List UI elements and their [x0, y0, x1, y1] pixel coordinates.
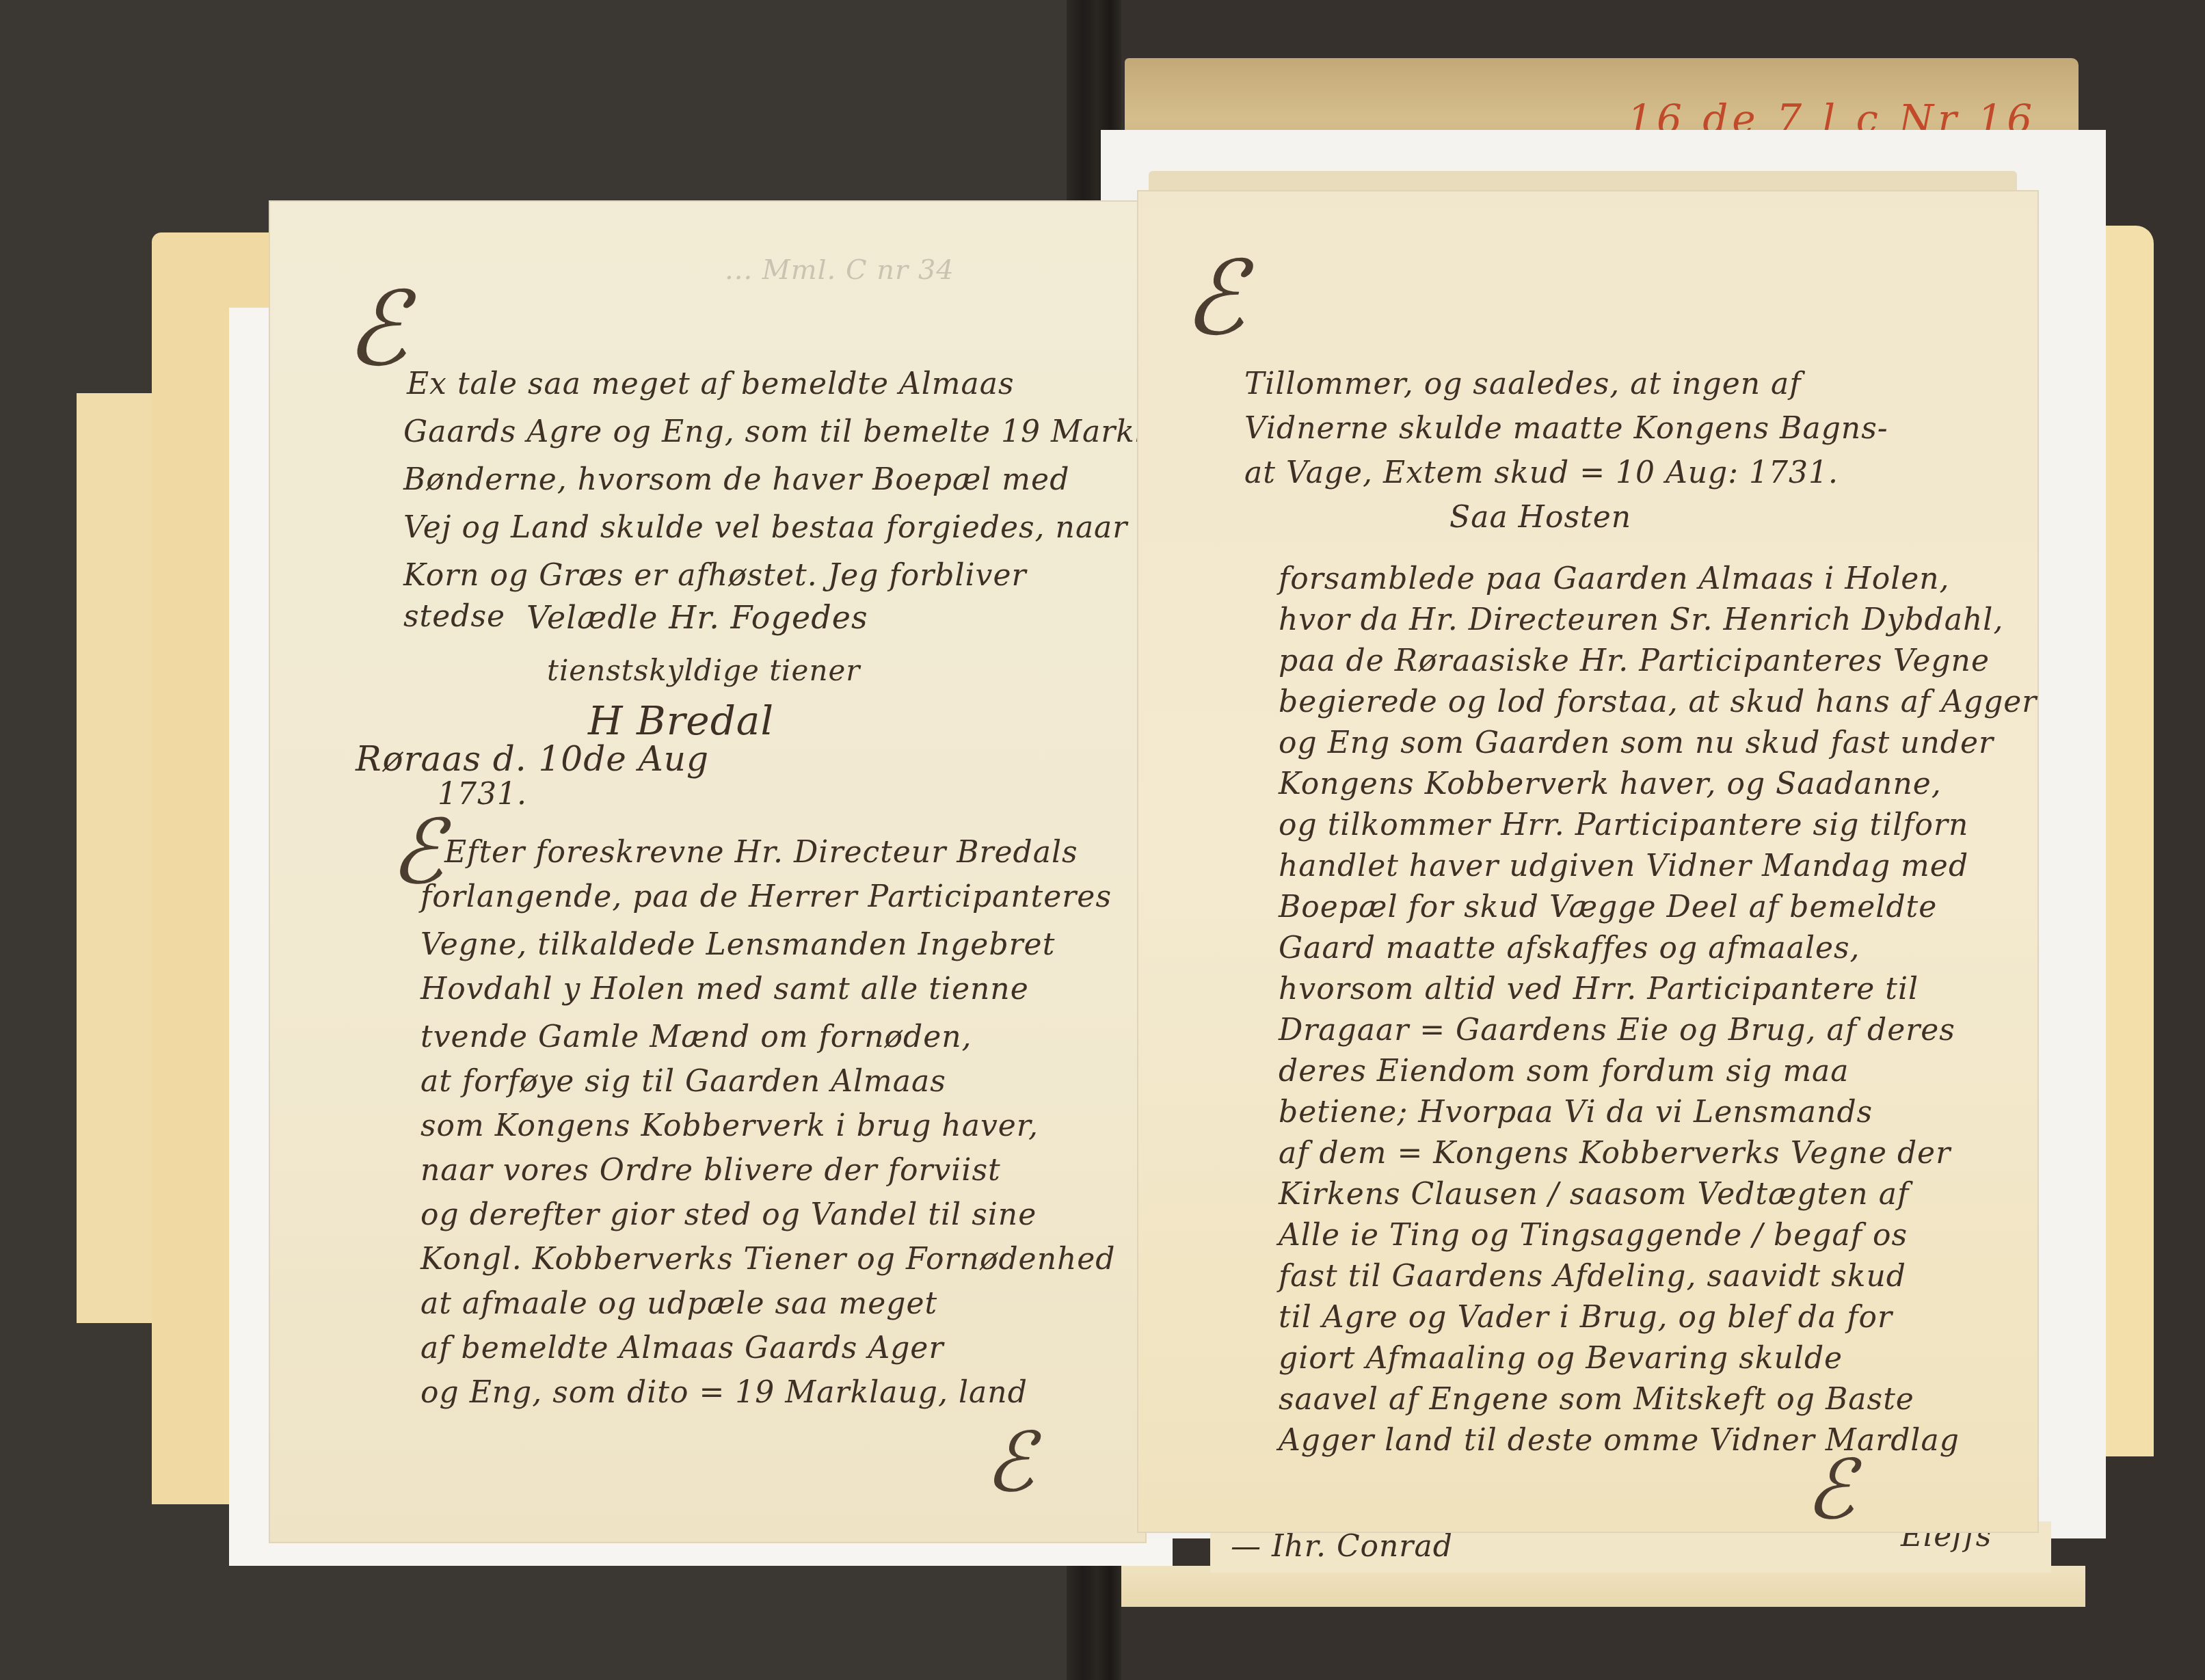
left-body-line-7: som Kongens Kobberverk i brug haver,: [420, 1111, 1039, 1141]
signature-bredal: H Bredal: [588, 701, 774, 741]
left-line-2: Gaards Agre og Eng, som til bemelte 19 M…: [403, 417, 1184, 447]
left-body-line-12: af bemeldte Almaas Gaards Ager: [420, 1333, 944, 1363]
right-body-line-14: betiene; Hvorpaa Vi da vi Lensmands: [1279, 1097, 1873, 1128]
right-opening-line-3: at Vage, Extem skud = 10 Aug: 1731.: [1244, 458, 1839, 488]
left-body-line-13: og Eng, som dito = 19 Marklaug, land: [420, 1378, 1028, 1408]
paraph-signature-icon-right: ℰ: [1805, 1443, 1855, 1538]
right-body-line-22: Agger land til deste omme Vidner Mardlag: [1279, 1426, 1960, 1456]
left-line-1: Ex tale saa meget af bemeldte Almaas: [407, 369, 1015, 399]
right-body-line-16: Kirkens Clausen / saasom Vedtægten af: [1279, 1179, 1909, 1210]
right-body-line-13: deres Eiendom som fordum sig maa: [1279, 1056, 1849, 1086]
right-body-line-15: af dem = Kongens Kobberverks Vegne der: [1279, 1138, 1951, 1169]
closing-line-2: tienstskyldige tiener: [547, 656, 860, 685]
place-date: Røraas d. 10de Aug: [356, 742, 709, 776]
left-body-line-2: forlangende, paa de Herrer Participanter…: [420, 882, 1112, 912]
left-line-6: stedse: [403, 602, 505, 632]
right-body-line-7: og tilkommer Hrr. Participantere sig til…: [1279, 810, 1968, 840]
bottom-strip-text: — Ihr. Conrad: [1231, 1532, 1453, 1562]
left-body-line-9: og derefter gior sted og Vandel til sine: [420, 1200, 1037, 1230]
left-body-line-6: at forføye sig til Gaarden Almaas: [420, 1067, 946, 1097]
left-body-line-4: Hovdahl y Holen med samt alle tienne: [420, 974, 1029, 1004]
left-line-4: Vej og Land skulde vel bestaa forgiedes,…: [403, 513, 1127, 543]
left-body-line-10: Kongl. Kobberverks Tiener og Fornødenhed: [420, 1244, 1116, 1275]
right-body-line-4: begierede og lod forstaa, at skud hans a…: [1279, 687, 2037, 717]
right-body-line-6: Kongens Kobberverk haver, og Saadanne,: [1279, 769, 1942, 799]
right-body-line-2: hvor da Hr. Directeuren Sr. Henrich Dybd…: [1279, 605, 2003, 635]
right-opening-line-2: Vidnerne skulde maatte Kongens Bagns-: [1244, 414, 1888, 444]
left-page-faint-header: ... Mml. C nr 34: [725, 256, 954, 284]
place-date-year: 1731.: [438, 779, 527, 810]
right-heading: Saa Hosten: [1449, 503, 1631, 533]
folder-tab-left-back: [77, 393, 152, 1323]
left-body-line-1: Efter foreskrevne Hr. Directeur Bredals: [444, 838, 1078, 868]
left-body-line-3: Vegne, tilkaldede Lensmanden Ingebret: [420, 930, 1055, 960]
right-body-line-21: saavel af Engene som Mitskeft og Baste: [1279, 1385, 1914, 1415]
paraph-signature-icon: ℰ: [985, 1415, 1034, 1510]
right-body-line-12: Dragaar = Gaardens Eie og Brug, af deres: [1279, 1015, 1955, 1045]
right-body-line-9: Boepæl for skud Vægge Deel af bemeldte: [1279, 892, 1937, 922]
right-body-line-20: giort Afmaaling og Bevaring skulde: [1279, 1344, 1843, 1374]
right-body-line-18: fast til Gaardens Afdeling, saavidt skud: [1279, 1262, 1906, 1292]
right-body-line-19: til Agre og Vader i Brug, og blef da for: [1279, 1303, 1893, 1333]
left-line-5: Korn og Græs er afhøstet. Jeg forbliver: [403, 561, 1027, 591]
right-body-line-11: hvorsom altid ved Hrr. Participantere ti…: [1279, 974, 1919, 1004]
right-body-line-5: og Eng som Gaarden som nu skud fast unde…: [1279, 728, 1994, 758]
left-body-line-11: at afmaale og udpæle saa meget: [420, 1289, 937, 1319]
right-body-line-3: paa de Røraasiske Hr. Participanteres Ve…: [1279, 646, 1990, 676]
paraph-flourish-icon-right: ℰ: [1183, 239, 1245, 358]
left-line-3: Bønderne, hvorsom de haver Boepæl med: [403, 465, 1069, 495]
paraph-flourish-icon: ℰ: [345, 270, 407, 389]
right-opening-line-1: Tillommer, og saaledes, at ingen af: [1244, 369, 1802, 399]
closing-line-1: Velædle Hr. Fogedes: [526, 602, 868, 633]
right-body-line-10: Gaard maatte afskaffes og afmaales,: [1279, 933, 1860, 963]
right-body-line-17: Alle ie Ting og Tingsaggende / begaf os: [1279, 1221, 1908, 1251]
left-body-line-5: tvende Gamle Mænd om fornøden,: [420, 1022, 972, 1052]
right-body-line-8: handlet haver udgiven Vidner Mandag med: [1279, 851, 1968, 881]
right-body-line-1: forsamblede paa Gaarden Almaas i Holen,: [1279, 564, 1950, 594]
left-body-line-8: naar vores Ordre blivere der forviist: [420, 1156, 1001, 1186]
